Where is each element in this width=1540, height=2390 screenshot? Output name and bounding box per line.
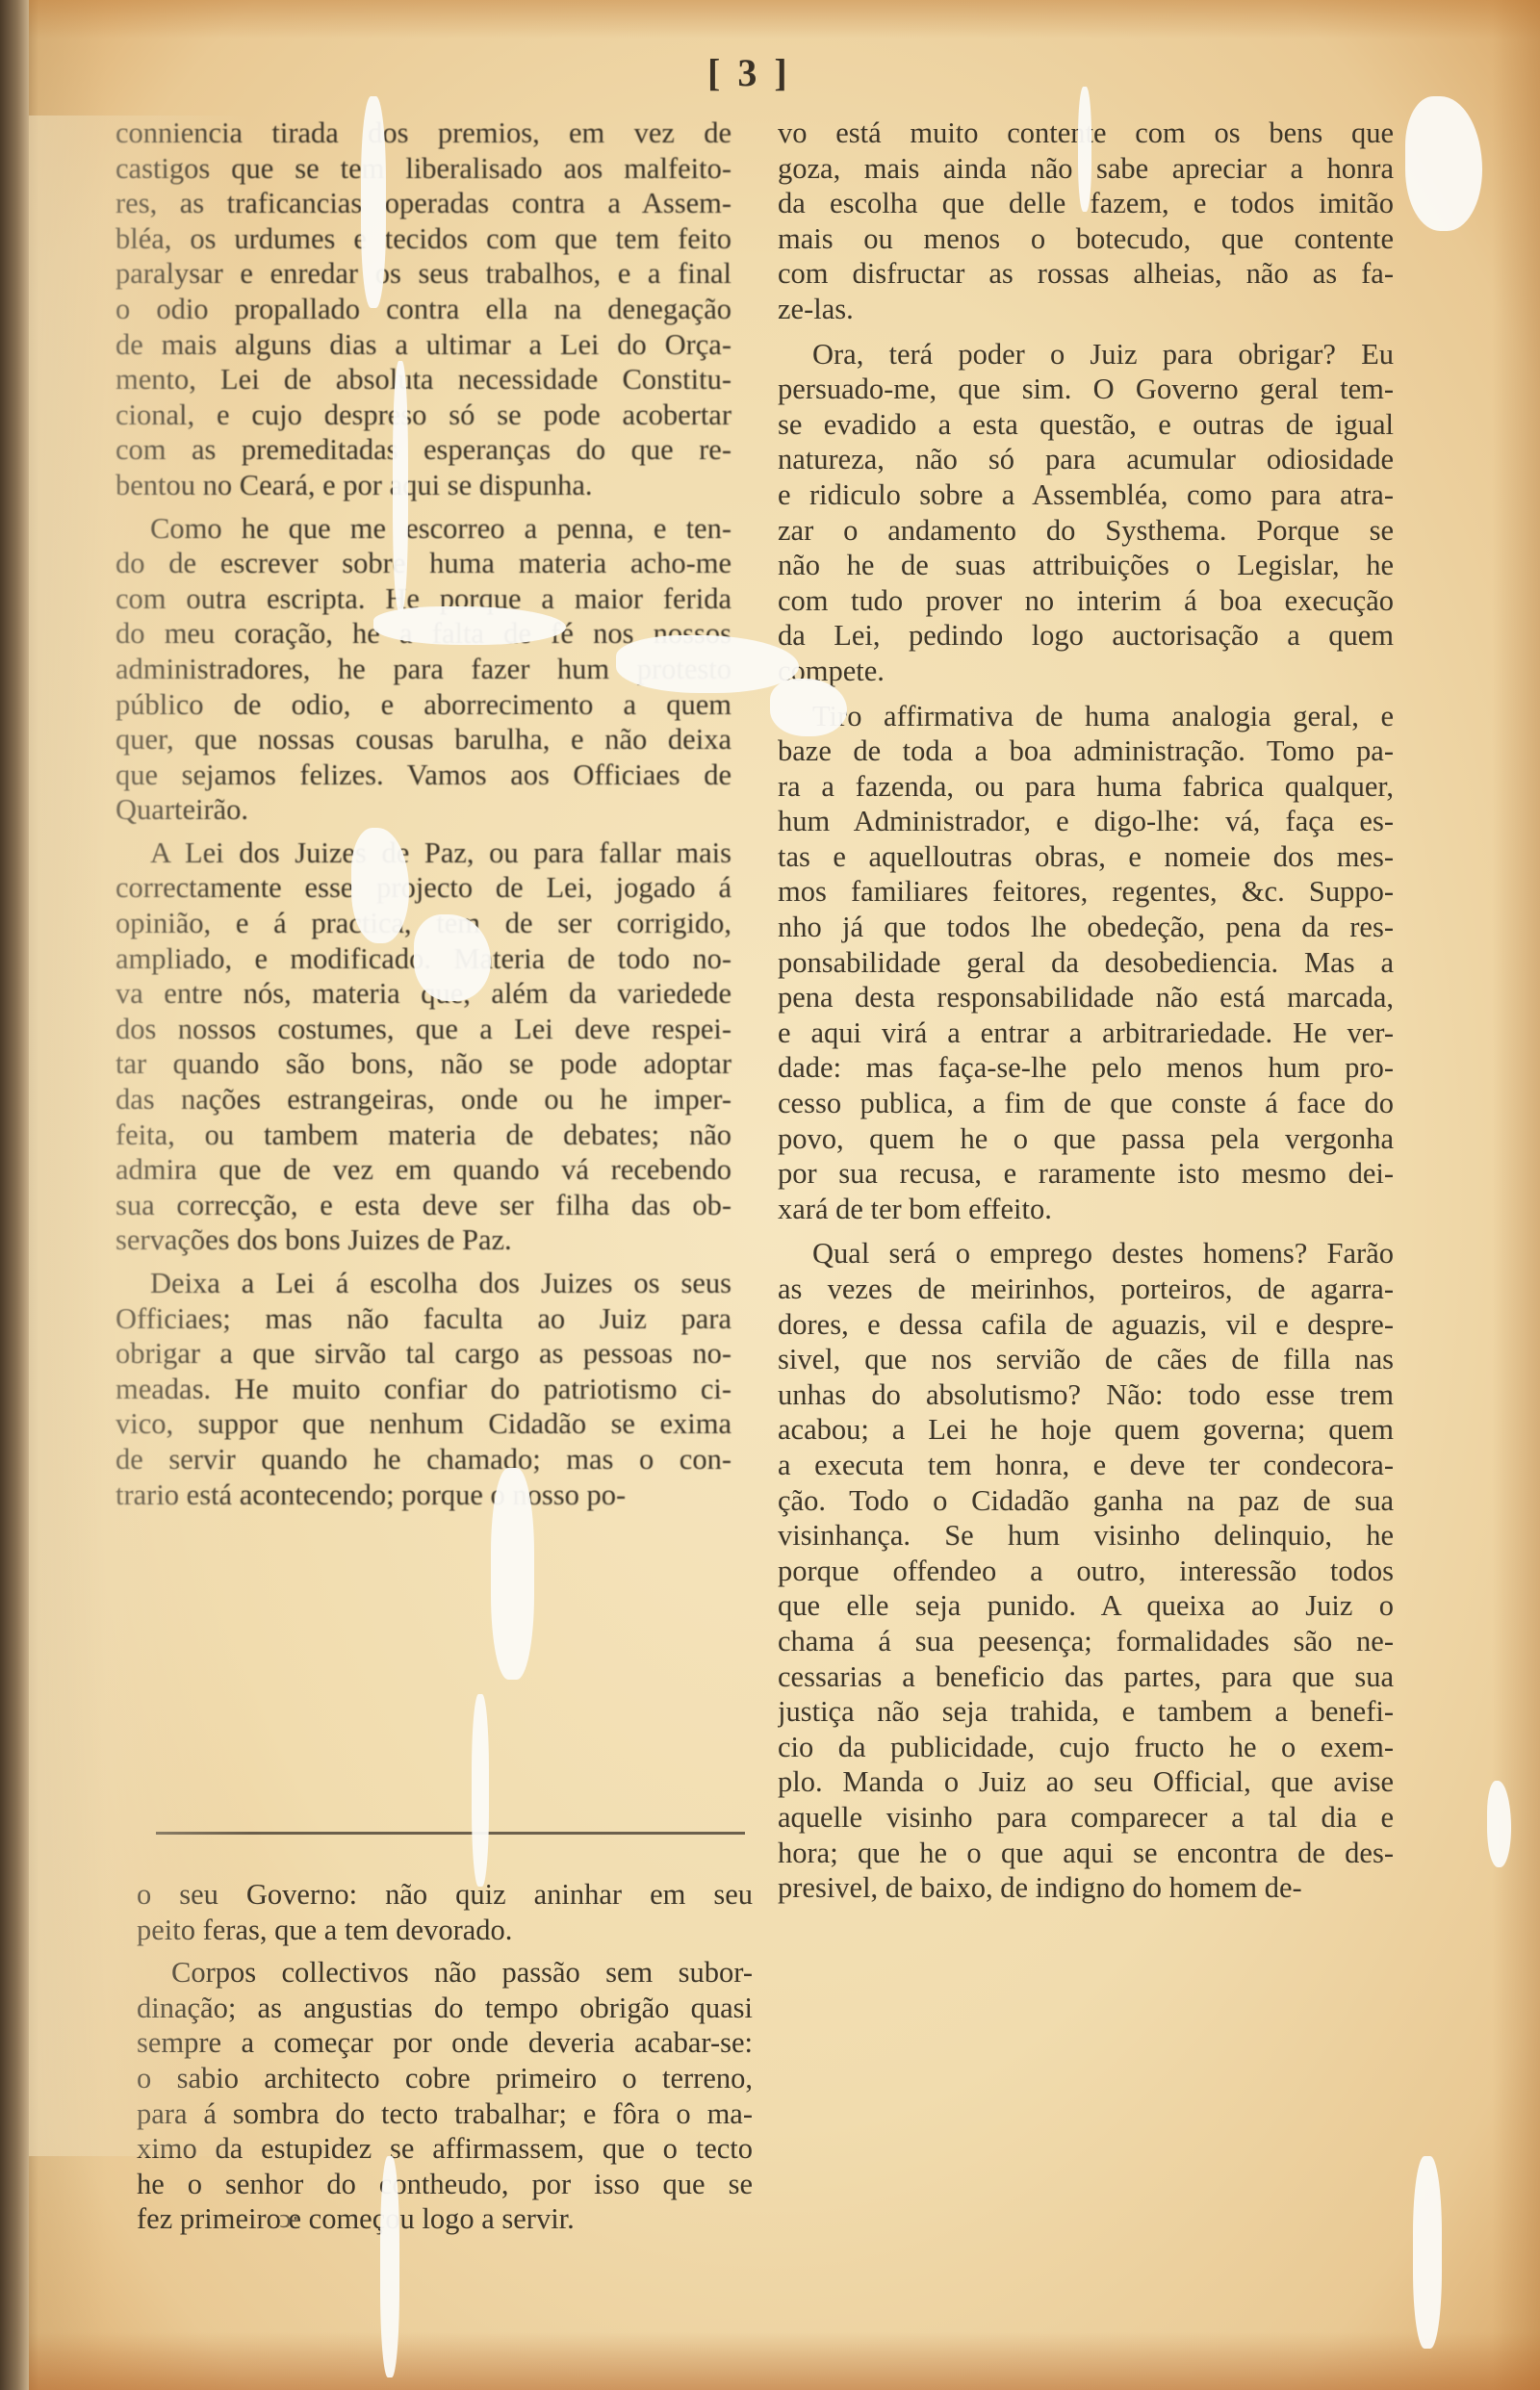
text-line: quer, que nossas cousas barulha, e não d… <box>115 722 731 758</box>
text-line: plo. Manda o Juiz ao seu Official, que a… <box>778 1764 1394 1800</box>
paper-damage <box>361 96 386 308</box>
paper-damage <box>1405 96 1482 231</box>
text-line: e ridiculo sobre a Assembléa, como para … <box>778 477 1394 513</box>
book-spine <box>0 0 29 2390</box>
text-line: sua correcção, e esta deve ser filha das… <box>115 1188 731 1223</box>
text-line: xará de ter bom effeito. <box>778 1192 1394 1227</box>
text-line: visinhança. Se hum visinho delinquio, he <box>778 1518 1394 1554</box>
text-line: presivel, de baixo, de indigno do homem … <box>778 1870 1394 1906</box>
text-line: trario está acontecendo; porque o nosso … <box>115 1478 731 1513</box>
text-line: cio da publicidade, cujo fructo he o exe… <box>778 1730 1394 1765</box>
text-line: mos familiares feitores, regentes, &c. S… <box>778 874 1394 910</box>
text-line: por sua recusa, e raramente isto mesmo d… <box>778 1156 1394 1192</box>
text-line: com disfructar as rossas alheias, não as… <box>778 256 1394 292</box>
text-line: Officiaes; mas não faculta ao Juiz para <box>115 1301 731 1337</box>
text-line: cional, e cujo despreso só se pode acobe… <box>115 398 731 433</box>
text-line: o sabio architecto cobre primeiro o terr… <box>137 2061 753 2096</box>
paper-damage <box>1487 1781 1511 1867</box>
text-line: nho já que todos lhe obedeção, pena da r… <box>778 910 1394 945</box>
text-line: servações dos bons Juizes de Paz. <box>115 1222 731 1258</box>
text-line: mento, Lei de absoluta necessidade Const… <box>115 362 731 398</box>
paper-damage <box>491 1468 534 1680</box>
text-line: unhas do absolutismo? Não: todo esse tre… <box>778 1377 1394 1413</box>
text-line: paralysar e enredar os seus trabalhos, e… <box>115 256 731 292</box>
text-line: meadas. He muito confiar do patriotismo … <box>115 1372 731 1407</box>
text-line: de mais alguns dias a ultimar a Lei do O… <box>115 327 731 363</box>
text-line: cesso publica, a fim de que conste á fac… <box>778 1086 1394 1121</box>
page-number: [ 3 ] <box>707 50 791 95</box>
text-line: as vezes de meirinhos, porteiros, de aga… <box>778 1272 1394 1307</box>
paper-damage <box>373 606 566 645</box>
text-line: Quarteirão. <box>115 792 731 828</box>
text-line: povo, quem he o que passa pela vergonha <box>778 1121 1394 1157</box>
text-line: Deixa a Lei á escolha dos Juizes os seus <box>115 1266 731 1301</box>
text-line: tas e aquelloutras obras, e nomeie dos m… <box>778 839 1394 875</box>
text-line: admira que de vez em quando vá recebendo <box>115 1152 731 1188</box>
text-line: aquelle visinho para comparecer a tal di… <box>778 1800 1394 1836</box>
text-line: justiça não seja trahida, e tambem a ben… <box>778 1694 1394 1730</box>
text-line: baze de toda a boa administração. Tomo p… <box>778 733 1394 769</box>
text-line: vico, suppor que nenhum Cidadão se exima <box>115 1406 731 1442</box>
text-line: natureza, não só para acumular odiosidad… <box>778 442 1394 477</box>
text-line: Qual será o emprego destes homens? Farão <box>778 1236 1394 1272</box>
text-line: porque offendeo a outro, interessão todo… <box>778 1554 1394 1589</box>
paragraph: Qual será o emprego destes homens? Farão… <box>778 1236 1394 1905</box>
section-divider-rule <box>156 1832 745 1835</box>
text-line: dinação; as angustias do tempo obrigão q… <box>137 1991 753 2026</box>
text-line: obrigar a que sirvão tal cargo as pessoa… <box>115 1336 731 1372</box>
text-line: castigos que se tem liberalisado aos mal… <box>115 151 731 187</box>
text-line: com tudo prover no interim á boa execuçã… <box>778 583 1394 619</box>
text-line: hum Administrador, e digo-lhe: vá, faça … <box>778 804 1394 839</box>
paragraph: Corpos collectivos não passão sem subor-… <box>137 1955 753 2237</box>
text-line: o odio propallado contra ella na denegaç… <box>115 292 731 327</box>
text-line: feita, ou tambem materia de debates; não <box>115 1118 731 1153</box>
text-line: hora; que he o que aqui se encontra de d… <box>778 1836 1394 1871</box>
text-line: dos nossos costumes, que a Lei deve resp… <box>115 1012 731 1047</box>
text-line: Como he que me escorreo a penna, e ten- <box>115 511 731 547</box>
text-line: ção. Todo o Cidadão ganha na paz de sua <box>778 1483 1394 1519</box>
text-line: he o senhor do contheudo, por isso que s… <box>137 2167 753 2202</box>
text-line: do de escrever sobre huma materia acho-m… <box>115 546 731 581</box>
text-line: o seu Governo: não quiz aninhar em seu <box>137 1877 753 1913</box>
paragraph: Deixa a Lei á escolha dos Juizes os seus… <box>115 1266 731 1512</box>
text-line: não he de suas attribuições o Legislar, … <box>778 548 1394 583</box>
paper-damage <box>1078 87 1091 212</box>
text-line: da Lei, pedindo logo auctorisação a quem <box>778 618 1394 654</box>
text-line: ra a fazenda, ou para huma fabrica qualq… <box>778 769 1394 805</box>
text-line: Corpos collectivos não passão sem subor- <box>137 1955 753 1991</box>
document-page: [ 3 ] conniencia tirada dos premios, em … <box>0 0 1540 2390</box>
paper-damage <box>472 1694 489 1887</box>
left-column-text: conniencia tirada dos premios, em vez de… <box>115 116 731 1512</box>
text-line: com as premeditadas esperanças do que re… <box>115 432 731 468</box>
text-line: Tiro affirmativa de huma analogia geral,… <box>778 699 1394 734</box>
text-line: das nações estrangeiras, onde ou he impe… <box>115 1082 731 1118</box>
text-line: pena desta responsabilidade não está mar… <box>778 980 1394 1015</box>
right-column: vo está muito contente com os bens quego… <box>778 116 1394 1915</box>
text-line: para á sombra do tecto trabalhar; e fôra… <box>137 2096 753 2132</box>
text-line: A Lei dos Juizes de Paz, ou para fallar … <box>115 835 731 871</box>
text-line: bentou no Ceará, e por aqui se dispunha. <box>115 468 731 503</box>
text-line: público de odio, e aborrecimento a quem <box>115 687 731 723</box>
text-line: se evadido a esta questão, e outras de i… <box>778 407 1394 443</box>
text-line: ze-las. <box>778 292 1394 327</box>
text-line: mais ou menos o botecudo, que contente <box>778 221 1394 257</box>
text-line: res, as traficancias operadas contra a A… <box>115 186 731 221</box>
paragraph: Tiro affirmativa de huma analogia geral,… <box>778 699 1394 1227</box>
paragraph: o seu Governo: não quiz aninhar em seupe… <box>137 1877 753 1947</box>
signature-mark: ↄ· <box>279 2204 300 2235</box>
text-line: bléa, os urdumes e tecidos com que tem f… <box>115 221 731 257</box>
text-line: sempre a começar por onde deveria acabar… <box>137 2025 753 2061</box>
text-line: dade: mas faça-se-lhe pelo menos hum pro… <box>778 1050 1394 1086</box>
text-line: peito feras, que a tem devorado. <box>137 1913 753 1948</box>
text-line: que elle seja punido. A queixa ao Juiz o <box>778 1588 1394 1624</box>
text-line: e aqui virá a entrar a arbitrariedade. H… <box>778 1015 1394 1051</box>
left-column-lower-section: o seu Governo: não quiz aninhar em seupe… <box>137 1877 753 2245</box>
text-line: fez primeiro e começou logo a servir. <box>137 2201 753 2237</box>
text-line: a executa tem honra, e deve ter condecor… <box>778 1448 1394 1483</box>
left-column: conniencia tirada dos premios, em vez de… <box>115 116 731 1520</box>
text-line: conniencia tirada dos premios, em vez de <box>115 116 731 151</box>
text-line: chama á sua peesença; formalidades são n… <box>778 1624 1394 1659</box>
text-line: ximo da estupidez se affirmassem, que o … <box>137 2131 753 2167</box>
text-line: acabou; a Lei he hoje quem governa; quem <box>778 1412 1394 1448</box>
text-line: compete. <box>778 654 1394 689</box>
text-line: correctamente esse projecto de Lei, joga… <box>115 870 731 906</box>
text-line: persuado-me, que sim. O Governo geral te… <box>778 372 1394 407</box>
text-line: de servir quando he chamado; mas o con- <box>115 1442 731 1478</box>
paper-damage <box>1413 2156 1442 2349</box>
text-line: sivel, que nos servião de cães de filla … <box>778 1342 1394 1377</box>
paragraph: Ora, terá poder o Juiz para obrigar? Eup… <box>778 337 1394 689</box>
text-line: zar o andamento do Systhema. Porque se <box>778 513 1394 549</box>
text-line: dores, e dessa cafila de aguazis, vil e … <box>778 1307 1394 1343</box>
paper-damage <box>380 2156 399 2377</box>
paper-damage <box>616 635 799 693</box>
text-line: ponsabilidade geral da desobediencia. Ma… <box>778 945 1394 981</box>
paper-damage <box>393 361 408 611</box>
paragraph: conniencia tirada dos premios, em vez de… <box>115 116 731 503</box>
text-line: que sejamos felizes. Vamos aos Officiaes… <box>115 758 731 793</box>
text-line: Ora, terá poder o Juiz para obrigar? Eu <box>778 337 1394 373</box>
text-line: cessarias a beneficio das partes, para q… <box>778 1659 1394 1695</box>
paragraph: A Lei dos Juizes de Paz, ou para fallar … <box>115 835 731 1258</box>
text-line: tar quando são bons, não se pode adoptar <box>115 1046 731 1082</box>
